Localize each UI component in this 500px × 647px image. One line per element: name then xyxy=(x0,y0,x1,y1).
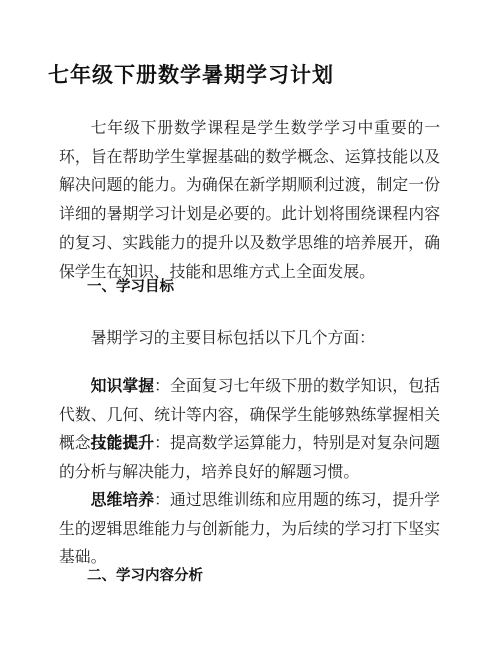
goal-thinking-paragraph: 思维培养：通过思维训练和应用题的练习，提升学生的逻辑思维能力与创新能力，为后续的… xyxy=(59,486,440,572)
document-title: 七年级下册数学暑期学习计划 xyxy=(0,60,441,90)
intro-paragraph: 七年级下册数学课程是学生数学学习中重要的一环，旨在帮助学生掌握基础的数学概念、运… xyxy=(59,114,440,286)
goals-intro-paragraph: 暑期学习的主要目标包括以下几个方面： xyxy=(59,324,440,353)
goal-thinking-label: 思维培养 xyxy=(91,490,155,509)
goal-skills-label: 技能提升 xyxy=(91,433,155,452)
section-heading-content-analysis: 二、学习内容分析 xyxy=(87,566,203,586)
goal-separator: ： xyxy=(154,490,170,509)
goal-separator: ： xyxy=(154,433,170,452)
goal-knowledge-label: 知识掌握 xyxy=(91,376,155,395)
section-heading-goals: 一、学习目标 xyxy=(87,277,174,297)
goal-skills-paragraph: 技能提升：提高数学运算能力，特别是对复杂问题的分析与解决能力，培养良好的解题习惯… xyxy=(59,429,440,486)
goal-separator: ： xyxy=(154,376,170,395)
